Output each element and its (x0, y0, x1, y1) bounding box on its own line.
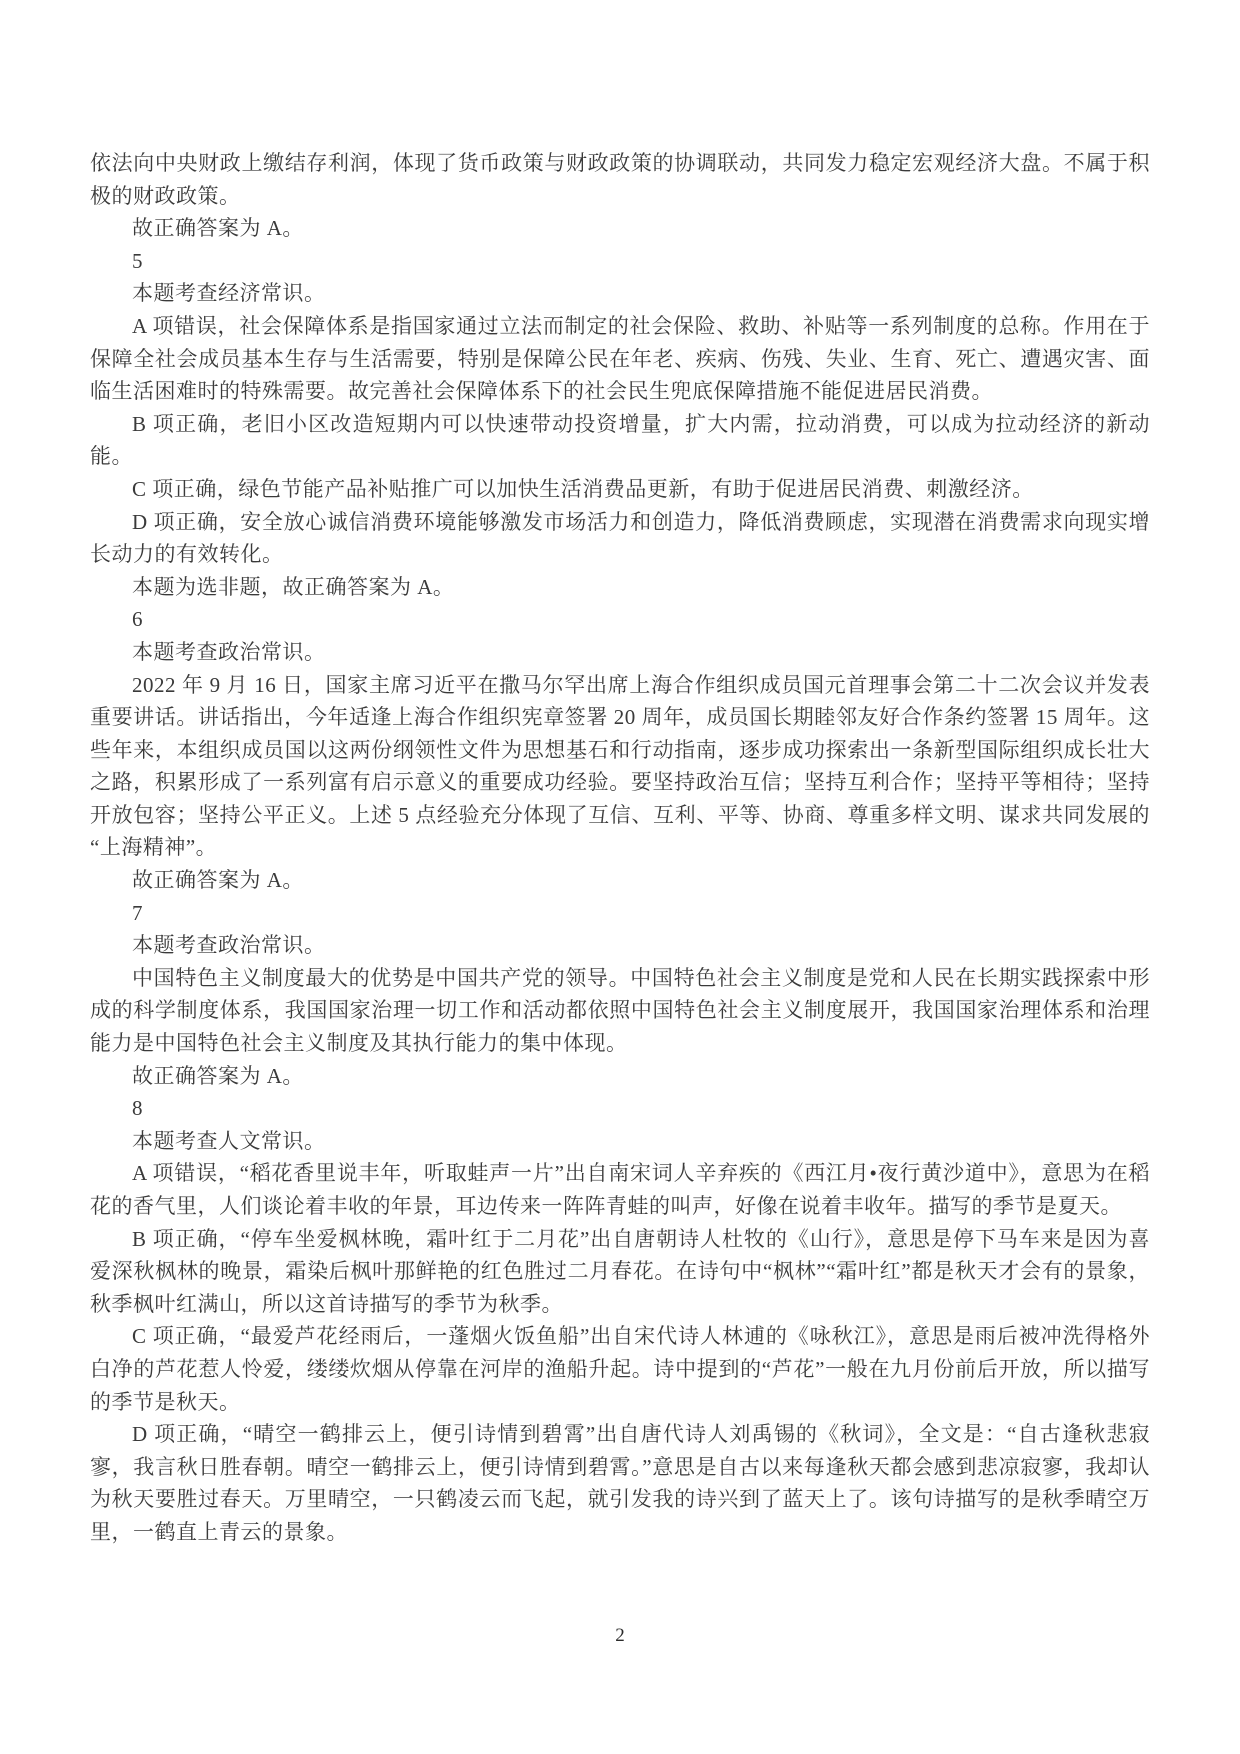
question-6-topic: 本题考查政治常识。 (90, 636, 1150, 669)
question-number-5: 5 (90, 245, 1150, 278)
question-7-explanation: 中国特色主义制度最大的优势是中国共产党的领导。中国特色社会主义制度是党和人民在长… (90, 962, 1150, 1060)
question-8-option-d-explanation: D 项正确，“晴空一鹤排云上，便引诗情到碧霄”出自唐代诗人刘禹锡的《秋词》，全文… (90, 1418, 1150, 1548)
question-number-7: 7 (90, 897, 1150, 930)
question-5-answer-line: 本题为选非题，故正确答案为 A。 (90, 571, 1150, 604)
question-7-answer-line: 故正确答案为 A。 (90, 1060, 1150, 1093)
page-number: 2 (0, 1625, 1240, 1647)
question-6-answer-line: 故正确答案为 A。 (90, 864, 1150, 897)
question-5-topic: 本题考查经济常识。 (90, 277, 1150, 310)
question-8-option-c-explanation: C 项正确，“最爱芦花经雨后，一蓬烟火饭鱼船”出自宋代诗人林逋的《咏秋江》，意思… (90, 1320, 1150, 1418)
question-7-topic: 本题考查政治常识。 (90, 929, 1150, 962)
question-6-explanation: 2022 年 9 月 16 日，国家主席习近平在撒马尔罕出席上海合作组织成员国元… (90, 669, 1150, 865)
question-5-option-c-explanation: C 项正确，绿色节能产品补贴推广可以加快生活消费品更新，有助于促进居民消费、刺激… (90, 473, 1150, 506)
question-5-option-a-explanation: A 项错误，社会保障体系是指国家通过立法而制定的社会保险、救助、补贴等一系列制度… (90, 310, 1150, 408)
paragraph-continuation: 依法向中央财政上缴结存利润，体现了货币政策与财政政策的协调联动，共同发力稳定宏观… (90, 147, 1150, 212)
question-8-option-b-explanation: B 项正确，“停车坐爱枫林晚，霜叶红于二月花”出自唐朝诗人杜牧的《山行》，意思是… (90, 1223, 1150, 1321)
document-page: 依法向中央财政上缴结存利润，体现了货币政策与财政政策的协调联动，共同发力稳定宏观… (0, 0, 1240, 1754)
question-5-option-b-explanation: B 项正确，老旧小区改造短期内可以快速带动投资增量，扩大内需，拉动消费，可以成为… (90, 408, 1150, 473)
question-number-6: 6 (90, 603, 1150, 636)
question-number-8: 8 (90, 1092, 1150, 1125)
question-5-option-d-explanation: D 项正确，安全放心诚信消费环境能够激发市场活力和创造力，降低消费顾虑，实现潜在… (90, 506, 1150, 571)
question-4-answer-line: 故正确答案为 A。 (90, 212, 1150, 245)
question-8-option-a-explanation: A 项错误，“稻花香里说丰年，听取蛙声一片”出自南宋词人辛弃疾的《西江月•夜行黄… (90, 1157, 1150, 1222)
question-8-topic: 本题考查人文常识。 (90, 1125, 1150, 1158)
answer-explanations: 依法向中央财政上缴结存利润，体现了货币政策与财政政策的协调联动，共同发力稳定宏观… (90, 147, 1150, 1549)
